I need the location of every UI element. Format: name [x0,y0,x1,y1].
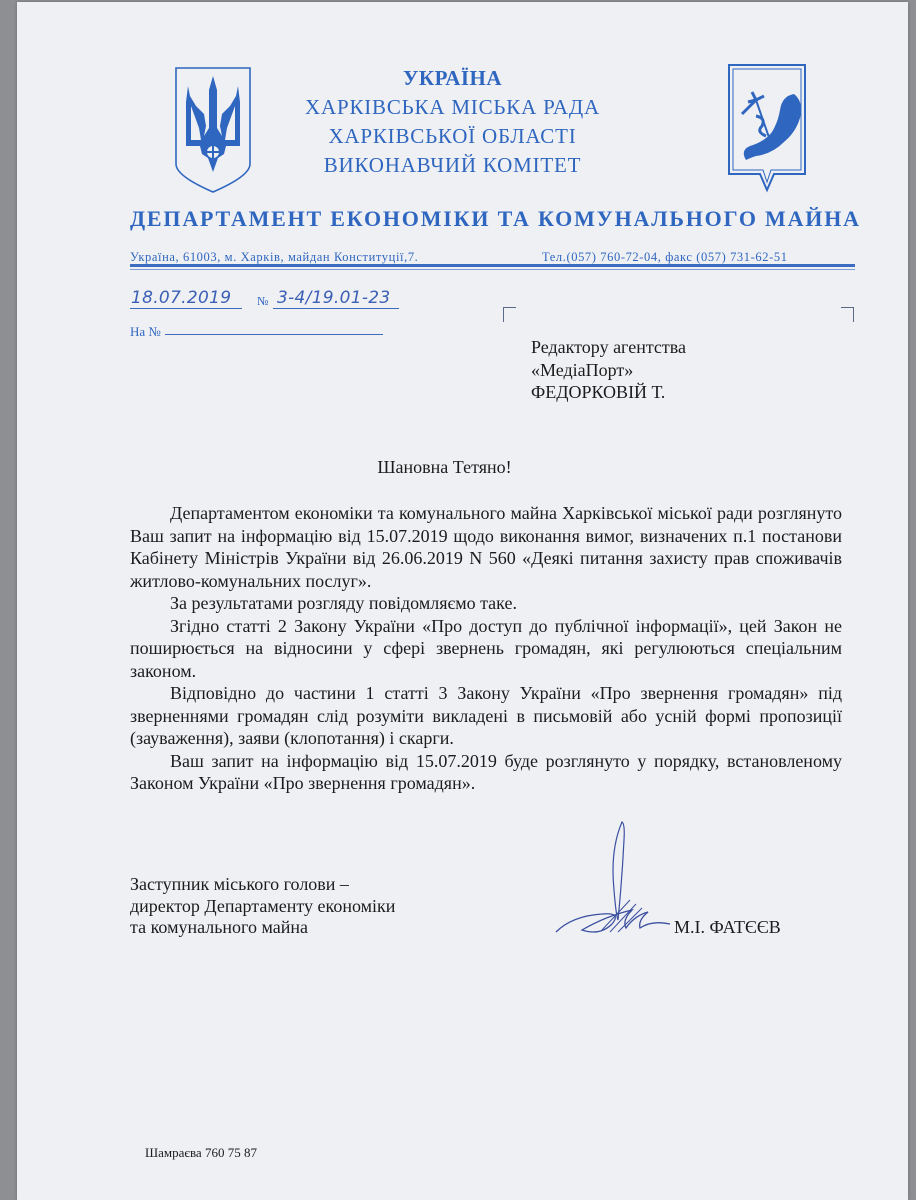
position-line-2: директор Департаменту економіки [130,896,395,918]
body-paragraph: Департаментом економіки та комунального … [130,502,842,592]
executor-note: Шамраєва 760 75 87 [145,1142,257,1165]
body-paragraph: Відповідно до частини 1 статті 3 Закону … [130,682,842,750]
body-paragraph: Ваш запит на інформацію від 15.07.2019 б… [130,750,842,795]
recipient-block: Редактору агентства «МедіаПорт» ФЕДОРКОВ… [531,336,686,404]
number-underline [273,308,399,309]
salutation: Шановна Тетяно! [0,456,890,479]
body-paragraph: За результатами розгляду повідомляємо та… [130,592,842,615]
letterhead-country: УКРАЇНА [7,66,898,91]
recipient-line-3: ФЕДОРКОВІЙ Т. [531,381,686,404]
recipient-line-2: «МедіаПорт» [531,359,686,382]
position-line-1: Заступник міського голови – [130,874,395,896]
letter-body: Департаментом економіки та комунального … [130,502,842,795]
address-corner-mark-right [841,307,854,322]
outgoing-number: 3-4/19.01-23 [277,288,391,308]
recipient-line-1: Редактору агентства [531,336,686,359]
letterhead-department: ДЕПАРТАМЕНТ ЕКОНОМІКИ ТА КОМУНАЛЬНОГО МА… [130,206,850,232]
letterhead-divider-thin [130,269,855,270]
letterhead-contacts: Тел.(057) 760-72-04, факс (057) 731-62-5… [542,250,788,265]
letterhead-address: Україна, 61003, м. Харків, майдан Консти… [130,250,418,265]
body-paragraph: Згідно статті 2 Закону України «Про дост… [130,615,842,683]
signatory-position: Заступник міського голови – директор Деп… [130,874,395,939]
letterhead-council: ХАРКІВСЬКА МІСЬКА РАДА [7,95,898,120]
letter-page: УКРАЇНА ХАРКІВСЬКА МІСЬКА РАДА ХАРКІВСЬК… [17,2,908,1200]
address-corner-mark-left [503,307,516,322]
number-label: № [257,294,268,309]
letterhead-region: ХАРКІВСЬКОЇ ОБЛАСТІ [7,124,898,149]
reply-to-underline [165,334,383,335]
signatory-name: М.І. ФАТЄЄВ [674,916,781,939]
letterhead-divider [130,264,855,267]
date-underline [130,308,242,309]
position-line-3: та комунального майна [130,917,395,939]
letterhead-committee: ВИКОНАВЧИЙ КОМІТЕТ [7,153,898,178]
reply-to-label: На № [130,324,161,340]
outgoing-date: 18.07.2019 [131,288,231,308]
handwritten-signature-icon [552,820,682,938]
